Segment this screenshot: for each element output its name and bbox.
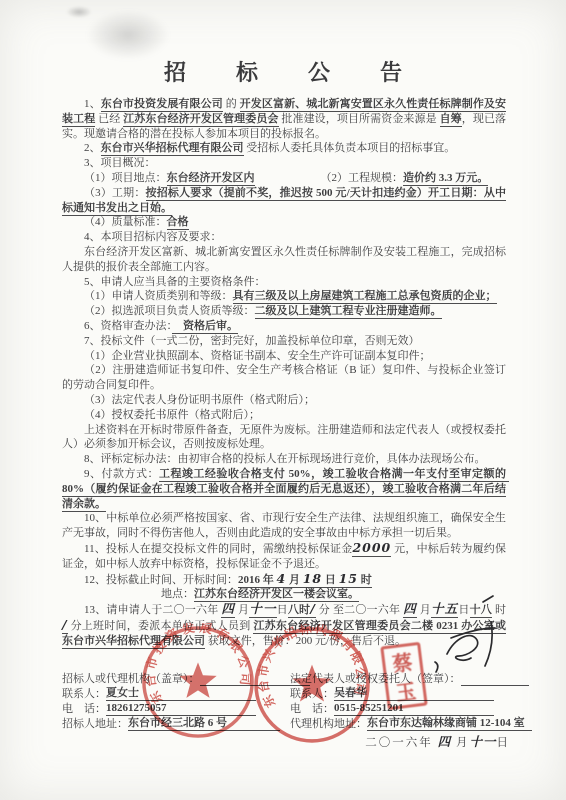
item-10: 10、中标单位必须严格按国家、省、市现行安全生产法律、法规组织施工，确保安全生产… (62, 511, 506, 541)
item-7-3: （3）法定代表人身份证明书原件（格式附后）； (62, 393, 506, 408)
item-5-2: （2）拟选派项目负责人资质等级：二级及以上建筑工程专业注册建造师。 (62, 304, 506, 319)
agency-contact-label: 联系人： (290, 688, 334, 700)
footer-bidder-column: 招标人或代理机构（盖章）：联系人：夏女士电 话：18261275057招标人地址… (62, 672, 297, 732)
handwritten-entry: 2000 (352, 540, 391, 557)
bidder-address-value: 东台市经三北路 6 号 (128, 717, 280, 731)
text-segment: 获取文件，售价：200 元/份，售后不退。 (205, 635, 406, 647)
bidder-contact-value: 夏女士 (106, 687, 256, 701)
bidder-contact-label: 联系人： (62, 688, 106, 700)
filled-blank: 东台市投资发展有限公司 (101, 98, 223, 112)
text-segment: 12、投标截止时间、开标时间： (84, 574, 238, 586)
text-segment: 月 (451, 737, 469, 749)
scan-smudge-small (66, 6, 92, 18)
agency-phone-row: 电 话：0515-85251201 (290, 702, 542, 717)
bidder-address-label: 招标人地址： (62, 718, 128, 730)
text-segment: 分 至二〇一六年 (316, 604, 403, 616)
text-segment: （1）项目地点： (84, 172, 167, 184)
text-segment: 东台经济开发区富新、城北新寓安置区永久性责任标牌制作及安装工程施工，完成招标人提… (62, 246, 506, 273)
filled-blank: 月 (286, 574, 303, 588)
date-line: 二〇一六年 四 月十一日 (365, 732, 510, 750)
item-1: 1、东台市投资发展有限公司 的 开发区富新、城北新寓安置区永久性责任标牌制作及安… (62, 97, 506, 141)
filled-blank: 二级及以上建筑工程专业注册建造师。 (255, 305, 442, 319)
sign-field-value (461, 672, 529, 686)
item-7-note: 上述资料在开标时带原件备查，无原件为废标。注册建造师和法定代表人（或授权委托人）… (62, 423, 506, 453)
page-title: 招 标 公 告 (0, 56, 566, 87)
agency-address-label: 代理机构地址： (290, 718, 367, 730)
bidder-contact-row: 联系人：夏女士 (62, 687, 297, 702)
item-2: 2、东台市兴华招标代理有限公司 受招标人委托具体负责本项目的招标事宜。 (62, 141, 506, 156)
handwritten-entry: 15 (339, 571, 358, 588)
item-13: 13、请申请人于二〇一六年 四 月十一日八时/ 分 至二〇一六年 四 月十五日十… (62, 602, 506, 648)
text-segment: 13、请申请人于二〇一六年 (84, 604, 221, 616)
text-segment: 3、项目概况： (84, 157, 156, 169)
item-5-1: （1）申请人资质类别和等级：具有三级及以上房屋建筑工程施工总承包资质的企业； (62, 289, 506, 304)
filled-blank: 时 (358, 574, 372, 588)
text-segment: 10、中标单位必须严格按国家、省、市现行安全生产法律、法规组织施工，确保安全生产… (62, 512, 506, 539)
filled-blank: 东台市兴华招标代理有限公司 (101, 142, 244, 156)
text-segment: 时 (492, 604, 509, 616)
item-9: 9、付款方式：工程竣工经验收合格支付 50%，竣工验收合格满一年支付至审定额的 … (62, 467, 506, 511)
item-4: 4、本项目招标内容及要求： (62, 230, 506, 245)
filled-blank: 合格 (167, 216, 189, 230)
item-7-4: （4）授权委托书原件（格式附后）； (62, 408, 506, 423)
bidder-phone-label: 电 话： (62, 703, 106, 715)
sign-field-label: 法定代表人或授权委托人（签章）： (290, 673, 461, 685)
agency-address-value: 东台市东达翰林缘商铺 12-104 室 (367, 717, 532, 731)
agency-contact-value: 吴春华 (334, 687, 494, 701)
text-segment: 7、投标文件（一式二份，密封完好，加盖投标单位印章，否则无效） (84, 335, 420, 347)
filled-blank: 2016 年 (238, 574, 277, 588)
item-12: 12、投标截止时间、开标时间：2016 年 4 月 18 日 15 时 (62, 572, 506, 588)
agency-phone-label: 电 话： (290, 703, 334, 715)
handwritten-entry: 18 (303, 571, 322, 588)
item-4-content: 东台经济开发区富新、城北新寓安置区永久性责任标牌制作及安装工程施工，完成招标人提… (62, 245, 506, 275)
text-segment: 8、评标定标办法：由初审合格的投标人在开标现场进行竞价，具体办法现场公布。 (84, 453, 486, 465)
agency-address-row: 代理机构地址：东台市东达翰林缘商铺 12-104 室 (290, 717, 542, 732)
filled-blank: 八时 (288, 604, 310, 618)
stamp-field-row: 招标人或代理机构（盖章）： (62, 672, 297, 687)
item-6: 6、资格审查办法： 资格后审。 (62, 319, 506, 334)
filled-blank: 自筹 (440, 113, 462, 127)
text-segment: 上述资料在开标时带原件备查，无原件为废标。注册建造师和法定代表人（或授权委托人）… (62, 424, 506, 451)
handwritten-entry: 十一 (249, 601, 276, 618)
text-segment: 9、付款方式： (84, 468, 159, 480)
text-segment: （2）工程规模： (321, 172, 404, 184)
text-segment: （1）企业营业执照副本、资格证书副本、安全生产许可证副本复印件； (84, 350, 431, 362)
text-segment: 二〇一六年 (365, 737, 437, 749)
text-segment: （4）授权委托书原件（格式附后）； (84, 409, 260, 421)
text-segment: （3）法定代表人身份证明书原件（格式附后）； (84, 394, 315, 406)
item-8: 8、评标定标办法：由初审合格的投标人在开标现场进行竞价，具体办法现场公布。 (62, 452, 506, 467)
text-segment: 月 (417, 604, 431, 616)
item-7-1: （1）企业营业执照副本、资格证书副本、安全生产许可证副本复印件； (62, 349, 506, 364)
text-segment: 已经 (95, 113, 123, 125)
item-3-3: （3）工期：按招标人要求（提前不奖，推迟按 500 元/天计扣违约金）开工日期：… (62, 186, 506, 216)
item-3-1-2: （1）项目地点：东台经济开发区内（2）工程规模：造价约 3.3 万元。 (62, 171, 506, 186)
scan-smudge (86, 10, 170, 60)
handwritten-entry: 四 (438, 734, 452, 749)
bidder-address-row: 招标人地址：东台市经三北路 6 号 (62, 717, 297, 732)
bidder-phone-row: 电 话：18261275057 (62, 702, 297, 717)
text-segment: 受招标人委托具体负责本项目的招标事宜。 (244, 142, 456, 154)
text-segment: 地点： (161, 588, 194, 600)
item-3-4: （4）质量标准：合格 (62, 215, 506, 230)
bidder-phone-value: 18261275057 (106, 702, 256, 716)
text-segment: （2）注册建造师证书复印件、安全生产考核合格证（B 证）复印件、与投标企业签订的… (62, 364, 506, 391)
item-3: 3、项目概况： (62, 156, 506, 171)
text-segment: （2）拟选派项目负责人资质等级： (84, 305, 255, 317)
item-5: 5、申请人应当具备的主要资格条件： (62, 275, 506, 290)
stamp-field-label: 招标人或代理机构（盖章）： (62, 673, 200, 685)
filled-blank: 东台经济开发区内 (167, 172, 255, 186)
handwritten-entry: 十五 (431, 601, 458, 618)
agency-contact-row: 联系人：吴春华 (290, 687, 542, 702)
filled-blank: 具有三级及以上房屋建筑工程施工总承包资质的企业； (233, 290, 497, 304)
text-segment: 5、申请人应当具备的主要资格条件： (84, 276, 266, 288)
filled-blank: 江苏东台经济开发区管理委员会 (123, 113, 278, 127)
text-segment: （1）申请人资质类别和等级： (84, 290, 233, 302)
filled-blank: 十八 (470, 604, 492, 618)
text-segment: 6、资格审查办法： (84, 320, 172, 332)
text-segment: （4）质量标准： (84, 216, 167, 228)
text-segment: （3）工期： (84, 187, 146, 199)
item-7: 7、投标文件（一式二份，密封完好，加盖投标单位印章，否则无效） (62, 334, 506, 349)
text-segment: 11、投标人在提交投标文件的同时，需缴纳投标保证金 (84, 543, 352, 555)
item-12-place: 地点：江苏东台经济开发区一楼会议室。 (62, 587, 506, 602)
text-segment: 1、 (84, 98, 101, 110)
handwritten-entry: 4 (277, 571, 287, 588)
text-segment: 日 (277, 604, 288, 616)
text-segment: 4、本项目招标内容及要求： (84, 231, 222, 243)
text-segment: 的 (223, 98, 240, 110)
text-segment: 分上班时间，委派本单位正式人员到 (68, 620, 254, 632)
agency-phone-value: 0515-85251201 (334, 702, 494, 716)
footer-agency-column: 法定代表人或授权委托人（签章）：联系人：吴春华电 话：0515-85251201… (290, 672, 542, 732)
item-11: 11、投标人在提交投标文件的同时，需缴纳投标保证金2000 元，中标后转为履约保… (62, 541, 506, 572)
filled-blank: 日 (322, 574, 339, 588)
handwritten-entry: 四 (221, 601, 235, 618)
text-segment: 日 (458, 604, 469, 616)
item-7-2: （2）注册建造师证书复印件、安全生产考核合格证（B 证）复印件、与投标企业签订的… (62, 363, 506, 393)
text-segment: 批准建设，项目所需资金来源是 (279, 113, 440, 125)
filled-blank: 资格后审。 (172, 320, 238, 334)
document-body: 1、东台市投资发展有限公司 的 开发区富新、城北新寓安置区永久性责任标牌制作及安… (62, 97, 506, 648)
text-segment: 2、 (84, 142, 101, 154)
handwritten-entry: 四 (403, 601, 417, 618)
text-segment: 日 (497, 737, 511, 749)
filled-blank: 造价约 3.3 万元。 (403, 172, 488, 186)
handwritten-entry: 十一 (469, 734, 496, 749)
sign-field-row: 法定代表人或授权委托人（签章）： (290, 672, 542, 687)
text-segment: 月 (235, 604, 249, 616)
scanned-tender-notice-page: 招 标 公 告 1、东台市投资发展有限公司 的 开发区富新、城北新寓安置区永久性… (0, 0, 566, 800)
